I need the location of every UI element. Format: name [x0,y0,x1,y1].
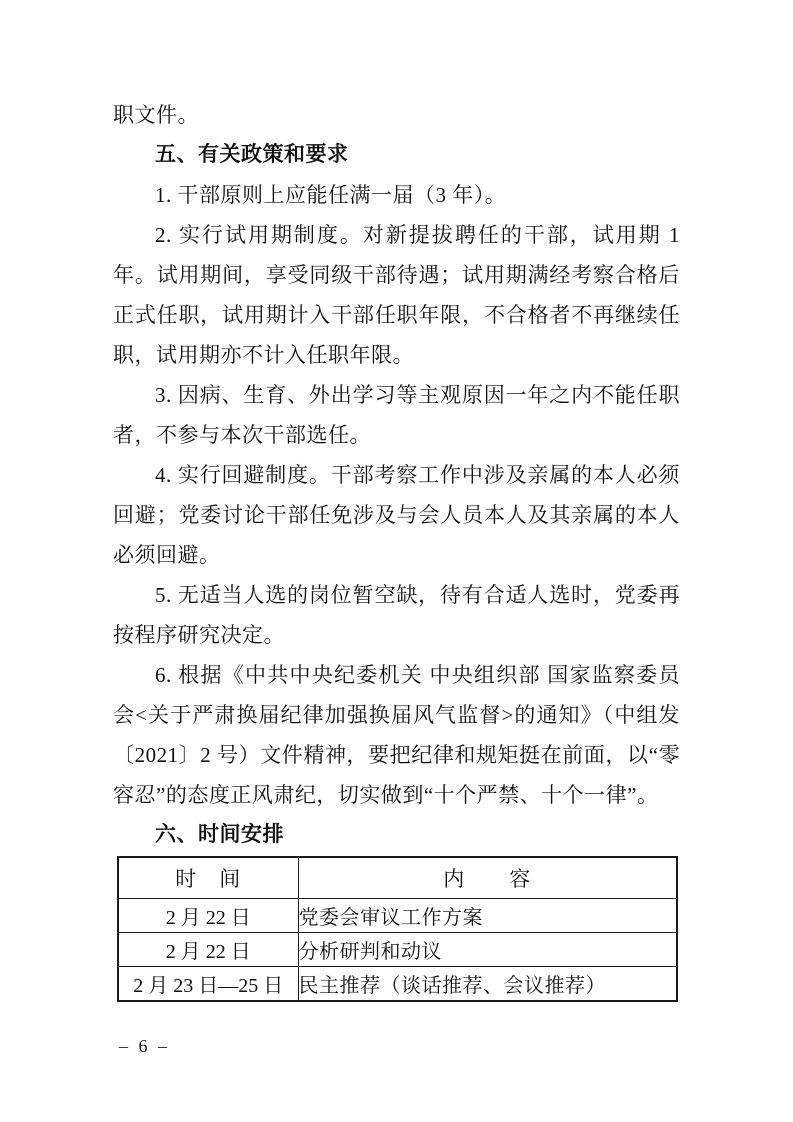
schedule-time: 2 月 22 日 [118,899,298,933]
section-heading-policies: 五、有关政策和要求 [113,135,680,175]
table-header-content: 内 容 [298,857,677,899]
policy-item-1: 1. 干部原则上应能任满一届（3 年）。 [113,175,680,215]
schedule-time: 2 月 22 日 [118,933,298,967]
schedule-time: 2 月 23 日—25 日 [118,967,298,1002]
page-number: – 6 – [119,1036,170,1057]
table-row: 2 月 23 日—25 日 民主推荐（谈话推荐、会议推荐） [118,967,677,1002]
policy-item-5: 5. 无适当人选的岗位暂空缺，待有合适人选时，党委再按程序研究决定。 [113,575,680,655]
table-header-time: 时 间 [118,857,298,899]
policy-item-4: 4. 实行回避制度。干部考察工作中涉及亲属的本人必须回避；党委讨论干部任免涉及与… [113,455,680,575]
policy-item-2: 2. 实行试用期制度。对新提拔聘任的干部，试用期 1 年。试用期间，享受同级干部… [113,215,680,375]
document-content: 职文件。 五、有关政策和要求 1. 干部原则上应能任满一届（3 年）。 2. 实… [113,95,680,1002]
schedule-table: 时 间 内 容 2 月 22 日 党委会审议工作方案 2 月 22 日 分析研判… [117,856,678,1002]
policy-item-6: 6. 根据《中共中央纪委机关 中央组织部 国家监察委员会<关于严肃换届纪律加强换… [113,655,680,815]
schedule-content: 分析研判和动议 [298,933,677,967]
table-header-row: 时 间 内 容 [118,857,677,899]
table-row: 2 月 22 日 党委会审议工作方案 [118,899,677,933]
section-heading-schedule: 六、时间安排 [113,815,680,855]
paragraph-continuation: 职文件。 [113,95,680,135]
table-row: 2 月 22 日 分析研判和动议 [118,933,677,967]
schedule-content: 党委会审议工作方案 [298,899,677,933]
schedule-content: 民主推荐（谈话推荐、会议推荐） [298,967,677,1002]
policy-item-3: 3. 因病、生育、外出学习等主观原因一年之内不能任职者，不参与本次干部选任。 [113,375,680,455]
document-page: 职文件。 五、有关政策和要求 1. 干部原则上应能任满一届（3 年）。 2. 实… [0,0,793,1122]
